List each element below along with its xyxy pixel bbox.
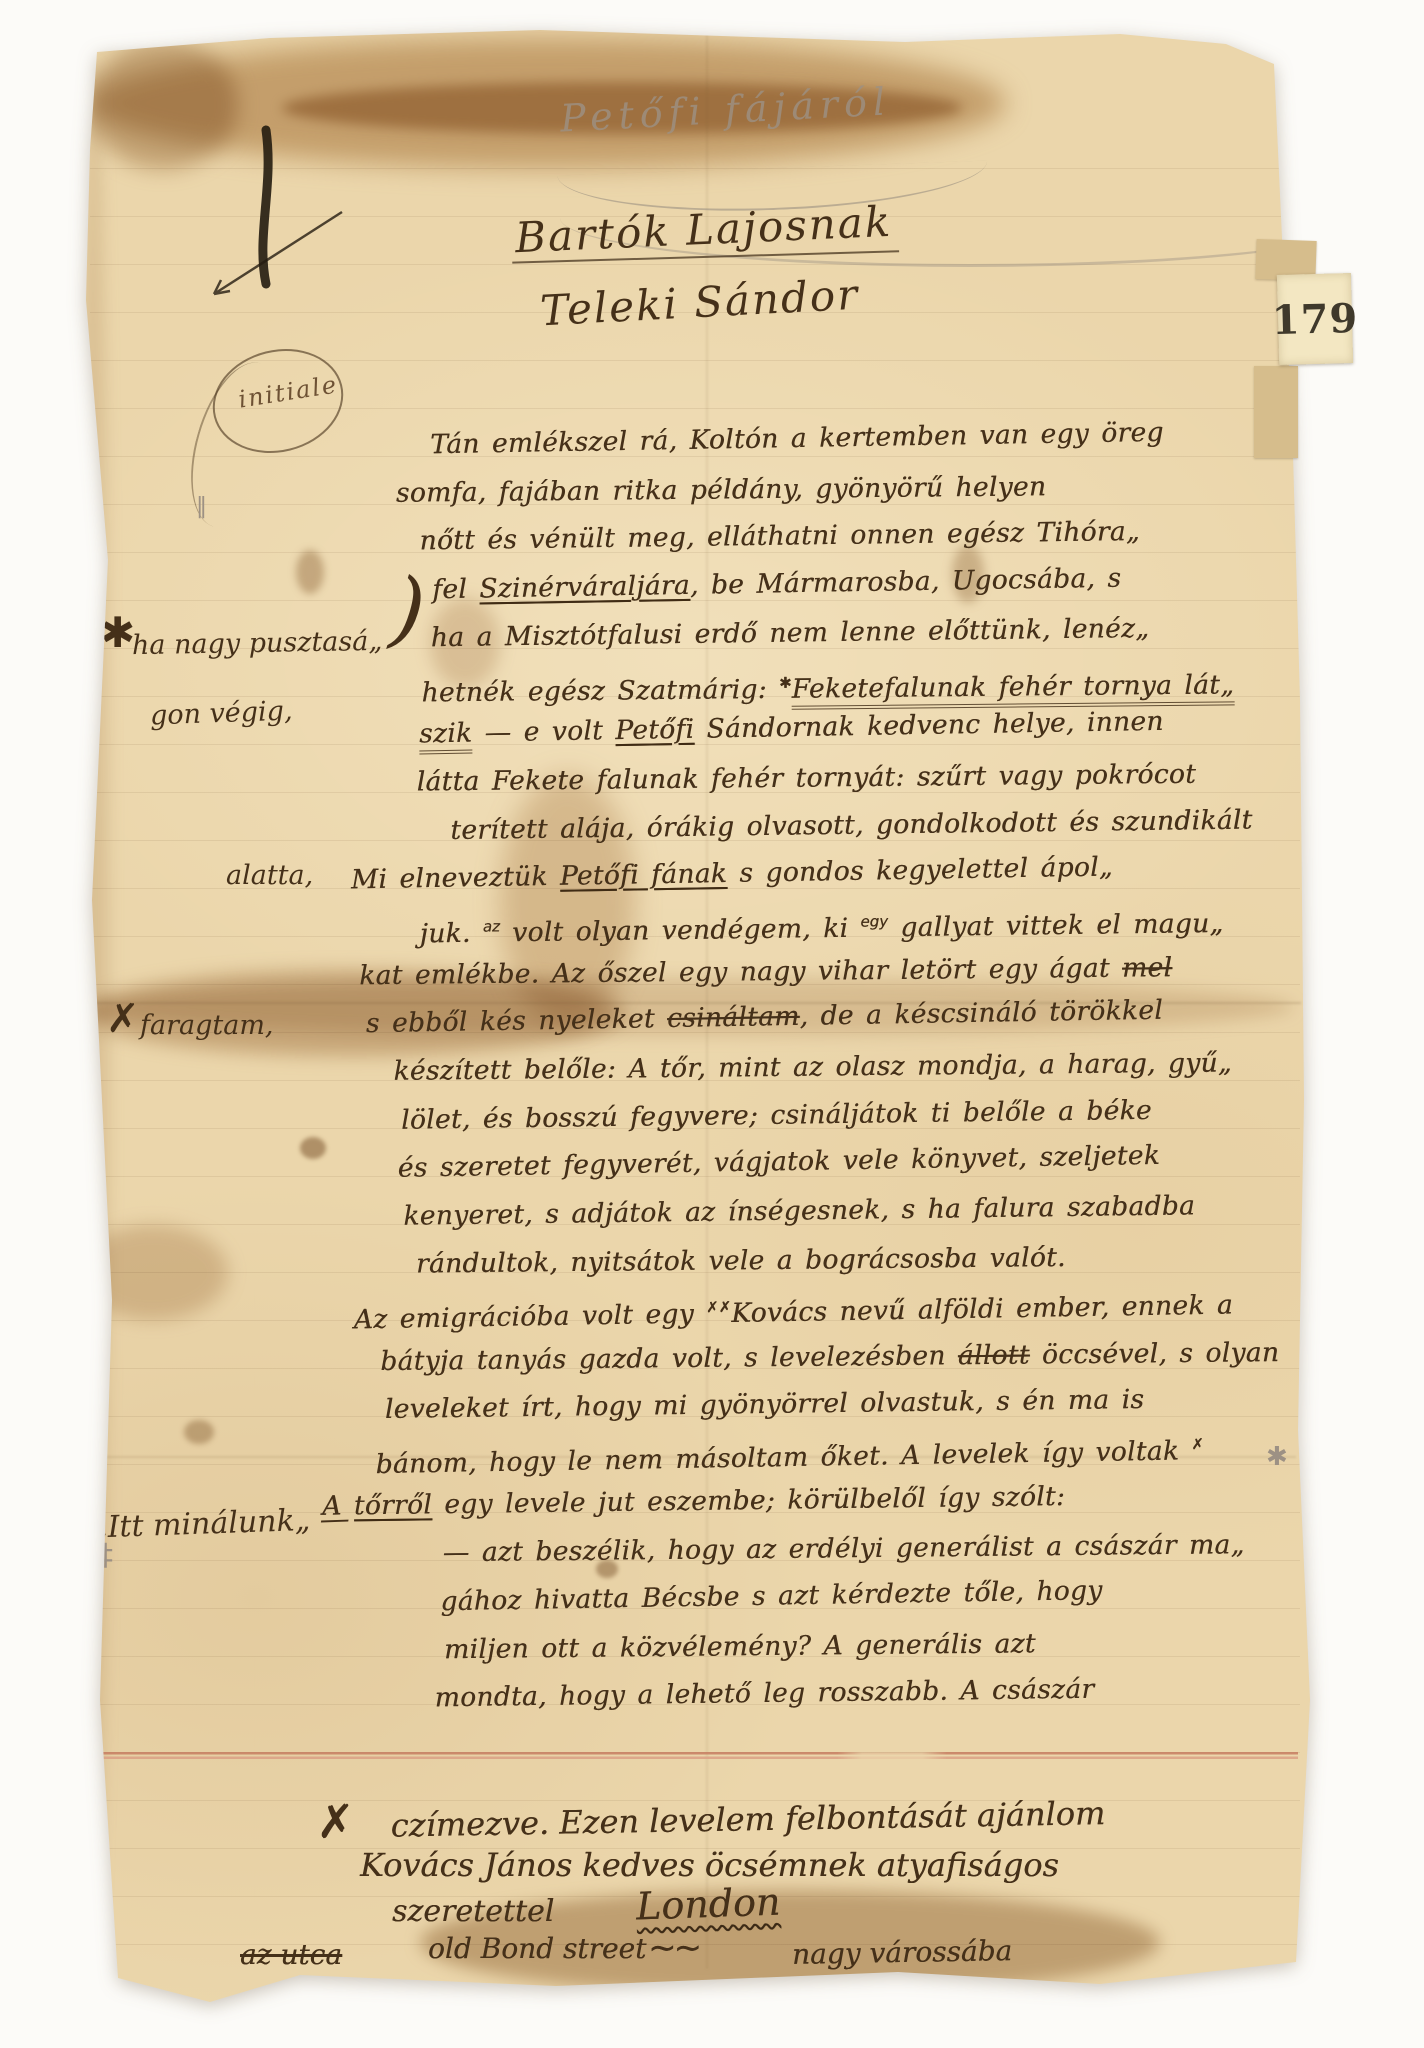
fold-crease [86, 1002, 1301, 1004]
manuscript-line: juk. az volt olyan vendégem, ki egy gall… [419, 893, 1274, 952]
recipient-line: Bartók Lajosnak [514, 197, 893, 262]
stain [596, 1560, 618, 1578]
postscript-line-2: Kovács János kedves öcsémnek atyafiságos [360, 1846, 1059, 1884]
postscript-city-suffix: nagy várossába [792, 1934, 1013, 1971]
manuscript-line: mondta, hogy a lehető leg rosszabb. A cs… [434, 1664, 1284, 1723]
manuscript-text-segment: , de a késcsináló törökkel [799, 995, 1163, 1032]
manuscript-line: — azt beszélik, hogy az erdélyi generáli… [443, 1522, 1282, 1579]
manuscript-text-segment: öccsével, s olyan [1030, 1337, 1280, 1370]
manuscript-text-segment: látta Fekete falunak fehér tornyát: szűr… [417, 759, 1197, 798]
ink-L-mark [196, 116, 356, 306]
letter-body: Tán emlékszel rá, Koltón a kertemben van… [298, 411, 1284, 1725]
paper-shadow: Petőfi fájáról Bartók Lajosnak Teleki Sá… [0, 0, 1424, 2048]
manuscript-text-segment: Szinérváraljára [479, 569, 690, 604]
manuscript-text-segment: mondta, hogy a lehető leg rosszabb. A cs… [434, 1674, 1094, 1714]
manuscript-line: látta Fekete falunak fehér tornyát: szűr… [416, 751, 1271, 808]
margin-note-alatta: alatta, [226, 860, 313, 891]
fold-crease [706, 34, 708, 1969]
manuscript-text-segment: Kovács nevű alföldi ember, ennek a [731, 1290, 1233, 1329]
manuscript-line: miljen ott a közvélemény? A generális az… [444, 1619, 1283, 1676]
manuscript-text-segment: rándultok, nyitsátok vele a bográcsosba … [416, 1242, 1066, 1279]
manuscript-text-segment: hetnék egész Szatmárig: [421, 674, 779, 709]
margin-asterisk-icon: ✱ [100, 608, 135, 657]
manuscript-text-segment: volt olyan vendégem, ki [500, 913, 861, 949]
manuscript-text-segment: gához hivatta Bécsbe s azt kérdezte tőle… [440, 1575, 1103, 1617]
manuscript-text-segment: Mi elneveztük [351, 860, 560, 895]
manuscript-line: hetnék egész Szatmárig: ✱Feketefalunak f… [421, 655, 1270, 712]
manuscript-text-segment: Az emigrációba volt egy [353, 1299, 706, 1336]
manuscript-line: bátyja tanyás gazda volt, s levelezésben… [380, 1330, 1279, 1387]
manuscript-line: szik — e volt Petőfi Sándornak kedvenc h… [419, 697, 1272, 760]
stain [88, 40, 238, 170]
manuscript-text-segment: Petőfi [615, 714, 695, 746]
manuscript-line: terített alája, órákig olvasott, gondolk… [450, 797, 1273, 856]
margin-note-pusztasagon-2: gon végig, [150, 696, 294, 732]
manuscript-text-segment: bánom, hogy le nem másoltam őket. A leve… [375, 1435, 1191, 1480]
pencil-title: Petőfi fájáról [559, 79, 892, 140]
stain [430, 598, 500, 688]
postscript-line-1: ✗czímezve. Ezen levelem felbontását aján… [316, 1781, 1106, 1849]
manuscript-text-segment: leveleket írt, hogy mi gyönyörrel olvast… [385, 1384, 1145, 1425]
margin-note-faragtam: faragtam, [140, 1010, 274, 1041]
mount-strip [1254, 366, 1298, 458]
manuscript-line: ha a Misztótfalusi erdő nem lenne előttü… [431, 604, 1271, 663]
initiale-annotation: initiale [236, 370, 339, 413]
stain [500, 775, 635, 1025]
ruled-lines [90, 168, 1300, 1978]
fold-crease [86, 1456, 1296, 1458]
manuscript-line: leveleket írt, hogy mi gyönyörrel olvast… [385, 1375, 1281, 1435]
manuscript-text-segment: kenyeret, s adjátok az ínségesnek, s ha … [403, 1190, 1195, 1231]
manuscript-line: kenyeret, s adjátok az ínségesnek, s ha … [403, 1182, 1278, 1242]
pencil-underline [557, 161, 988, 218]
manuscript-line: készített belőle: A tőr, mint az olasz m… [393, 1040, 1275, 1097]
postscript-text: czímezve. Ezen levelem felbontását ajánl… [390, 1794, 1105, 1844]
manuscript-text-segment: — azt beszélik, hogy az erdélyi generáli… [443, 1530, 1245, 1569]
manuscript-text-segment: Feketefalunak fehér tornya lát„ [792, 669, 1235, 709]
manuscript-line: kat emlékbe. Az őszel egy nagy vihar let… [359, 944, 1274, 1001]
initiale-circle [202, 336, 355, 467]
stain [78, 60, 108, 1940]
stain [84, 978, 1294, 1036]
manuscript-text-segment: somfa, fajában ritka példány, gyönyörű h… [396, 471, 1047, 508]
manuscript-text-segment: Petőfi fának [560, 858, 728, 892]
manuscript-text-segment: ✗✗ [706, 1298, 731, 1316]
manuscript-line: somfa, fajában ritka példány, gyönyörű h… [396, 462, 1268, 519]
manuscript-text-segment: s ebből kés nyeleket [366, 1003, 668, 1039]
initiale-circle-tail [174, 352, 300, 538]
manuscript-text-segment: Tán emlékszel rá, Koltón a kertemben van… [430, 417, 1164, 460]
manuscript-text-segment: egy [860, 912, 888, 930]
postscript-closing: szeretettel [392, 1894, 554, 1929]
page-number-label: 179 [1277, 273, 1353, 365]
manuscript-text-segment: gallyat vittek el magu„ [888, 908, 1224, 943]
manuscript-text-segment: szik [419, 718, 473, 755]
margin-note-pusztasagon-1: ha nagy pusztasá„ [132, 626, 383, 661]
stain [84, 970, 624, 1056]
manuscript-text-segment: bátyja tanyás gazda volt, s levelezésben [380, 1340, 958, 1377]
stain [86, 38, 1006, 168]
manuscript-text-segment: tőrről [354, 1489, 433, 1521]
manuscript-line: A tőrről egy levele jut eszembe; körülbe… [322, 1471, 1282, 1532]
pencil-ticks-icon: ‖ [196, 494, 207, 519]
page-number: 179 [1271, 294, 1359, 343]
margin-note-itt-minalunk: „Itt minálunk„ — [91, 1502, 350, 1546]
postscript-city: London [635, 1879, 781, 1928]
manuscript-line: gához hivatta Bécsbe s azt kérdezte tőle… [440, 1564, 1283, 1626]
manuscript-text-segment: ✗ [1191, 1435, 1204, 1453]
manuscript-text-segment: kat emlékbe. Az őszel egy nagy vihar let… [359, 953, 1122, 992]
manuscript-text-segment: juk. [419, 917, 483, 949]
author-line: Teleki Sándor [539, 270, 860, 336]
scanned-manuscript-page: Petőfi fájáról Bartók Lajosnak Teleki Sá… [0, 0, 1424, 2048]
stain [296, 550, 324, 594]
margin-cross-icon: ✗ [106, 996, 140, 1042]
manuscript-text-segment: az [483, 917, 500, 935]
postscript-struck-address: az utca [240, 1938, 342, 1971]
postscript-street: old Bond street [428, 1932, 646, 1965]
squiggle-mark: ∼∼ [648, 1928, 699, 1968]
manuscript-line: s ebből kés nyeleket csináltam, de a kés… [365, 986, 1275, 1050]
manuscript-text-segment: — e volt [472, 715, 615, 748]
manuscript-line: és szeretet fegyverét, vágjatok vele kön… [397, 1131, 1277, 1194]
manuscript-text-segment: Sándornak kedvenc helye, innen [694, 706, 1164, 745]
stain [282, 82, 962, 134]
stain [952, 545, 984, 603]
manuscript-line: nőtt és vénült meg, elláthatni onnen egé… [419, 508, 1269, 567]
manuscript-line: Az emigrációba volt egy ✗✗Kovács nevű al… [353, 1275, 1279, 1339]
manuscript-line: lölet, és bosszú fegyvere; csináljátok t… [401, 1086, 1277, 1146]
manuscript-text-segment: A [322, 1490, 354, 1521]
manuscript-line: Tán emlékszel rá, Koltón a kertemben van… [430, 408, 1268, 470]
manuscript-text-segment: , be Mármarosba, Ugocsába, s [690, 562, 1122, 600]
pencil-mark-icon: ‡ [98, 1538, 113, 1573]
manuscript-text-segment: csináltam [667, 1001, 800, 1034]
manuscript-paper: Petőfi fájáról Bartók Lajosnak Teleki Sá… [0, 0, 1424, 2048]
manuscript-text-segment: mel [1122, 952, 1172, 983]
stain [420, 1890, 1160, 1995]
manuscript-text-segment: terített alája, órákig olvasott, gondolk… [450, 804, 1253, 845]
manuscript-text-segment: egy levele jut eszembe; körülbelől így s… [432, 1481, 1066, 1520]
manuscript-line: rándultok, nyitsátok vele a bográcsosba … [416, 1233, 1278, 1290]
manuscript-text-segment: ha a Misztótfalusi erdő nem lenne előttü… [431, 613, 1150, 653]
manuscript-line: Mi elneveztük Petőfi fának s gondos kegy… [351, 841, 1274, 905]
stain [184, 1420, 214, 1444]
red-ruled-line [86, 1752, 1298, 1759]
manuscript-text-segment: s gondos kegyelettel ápol„ [727, 851, 1113, 889]
manuscript-text-segment: fel [432, 573, 480, 605]
manuscript-text-segment: készített belőle: A tőr, mint az olasz m… [393, 1048, 1232, 1087]
insertion-paren-mark: ) [387, 559, 430, 660]
manuscript-text-segment: és szeretet fegyverét, vágjatok vele kön… [397, 1140, 1160, 1184]
manuscript-text-segment: miljen ott a közvélemény? A generális az… [444, 1628, 1036, 1665]
stain [300, 1137, 326, 1159]
manuscript-text-segment: állott [958, 1339, 1030, 1371]
pencil-asterisk-icon: ✱ [1266, 1442, 1288, 1472]
manuscript-text-segment: ✱ [779, 674, 792, 692]
manuscript-line: fel Szinérváraljára, be Mármarosba, Ugoc… [432, 553, 1270, 615]
stain [78, 1225, 228, 1320]
manuscript-text-segment: lölet, és bosszú fegyvere; csináljátok t… [401, 1095, 1152, 1136]
cross-icon: ✗ [316, 1794, 355, 1849]
manuscript-line: bánom, hogy le nem másoltam őket. A leve… [375, 1420, 1281, 1484]
manuscript-text-segment: nőtt és vénült meg, elláthatni onnen egé… [419, 516, 1140, 556]
